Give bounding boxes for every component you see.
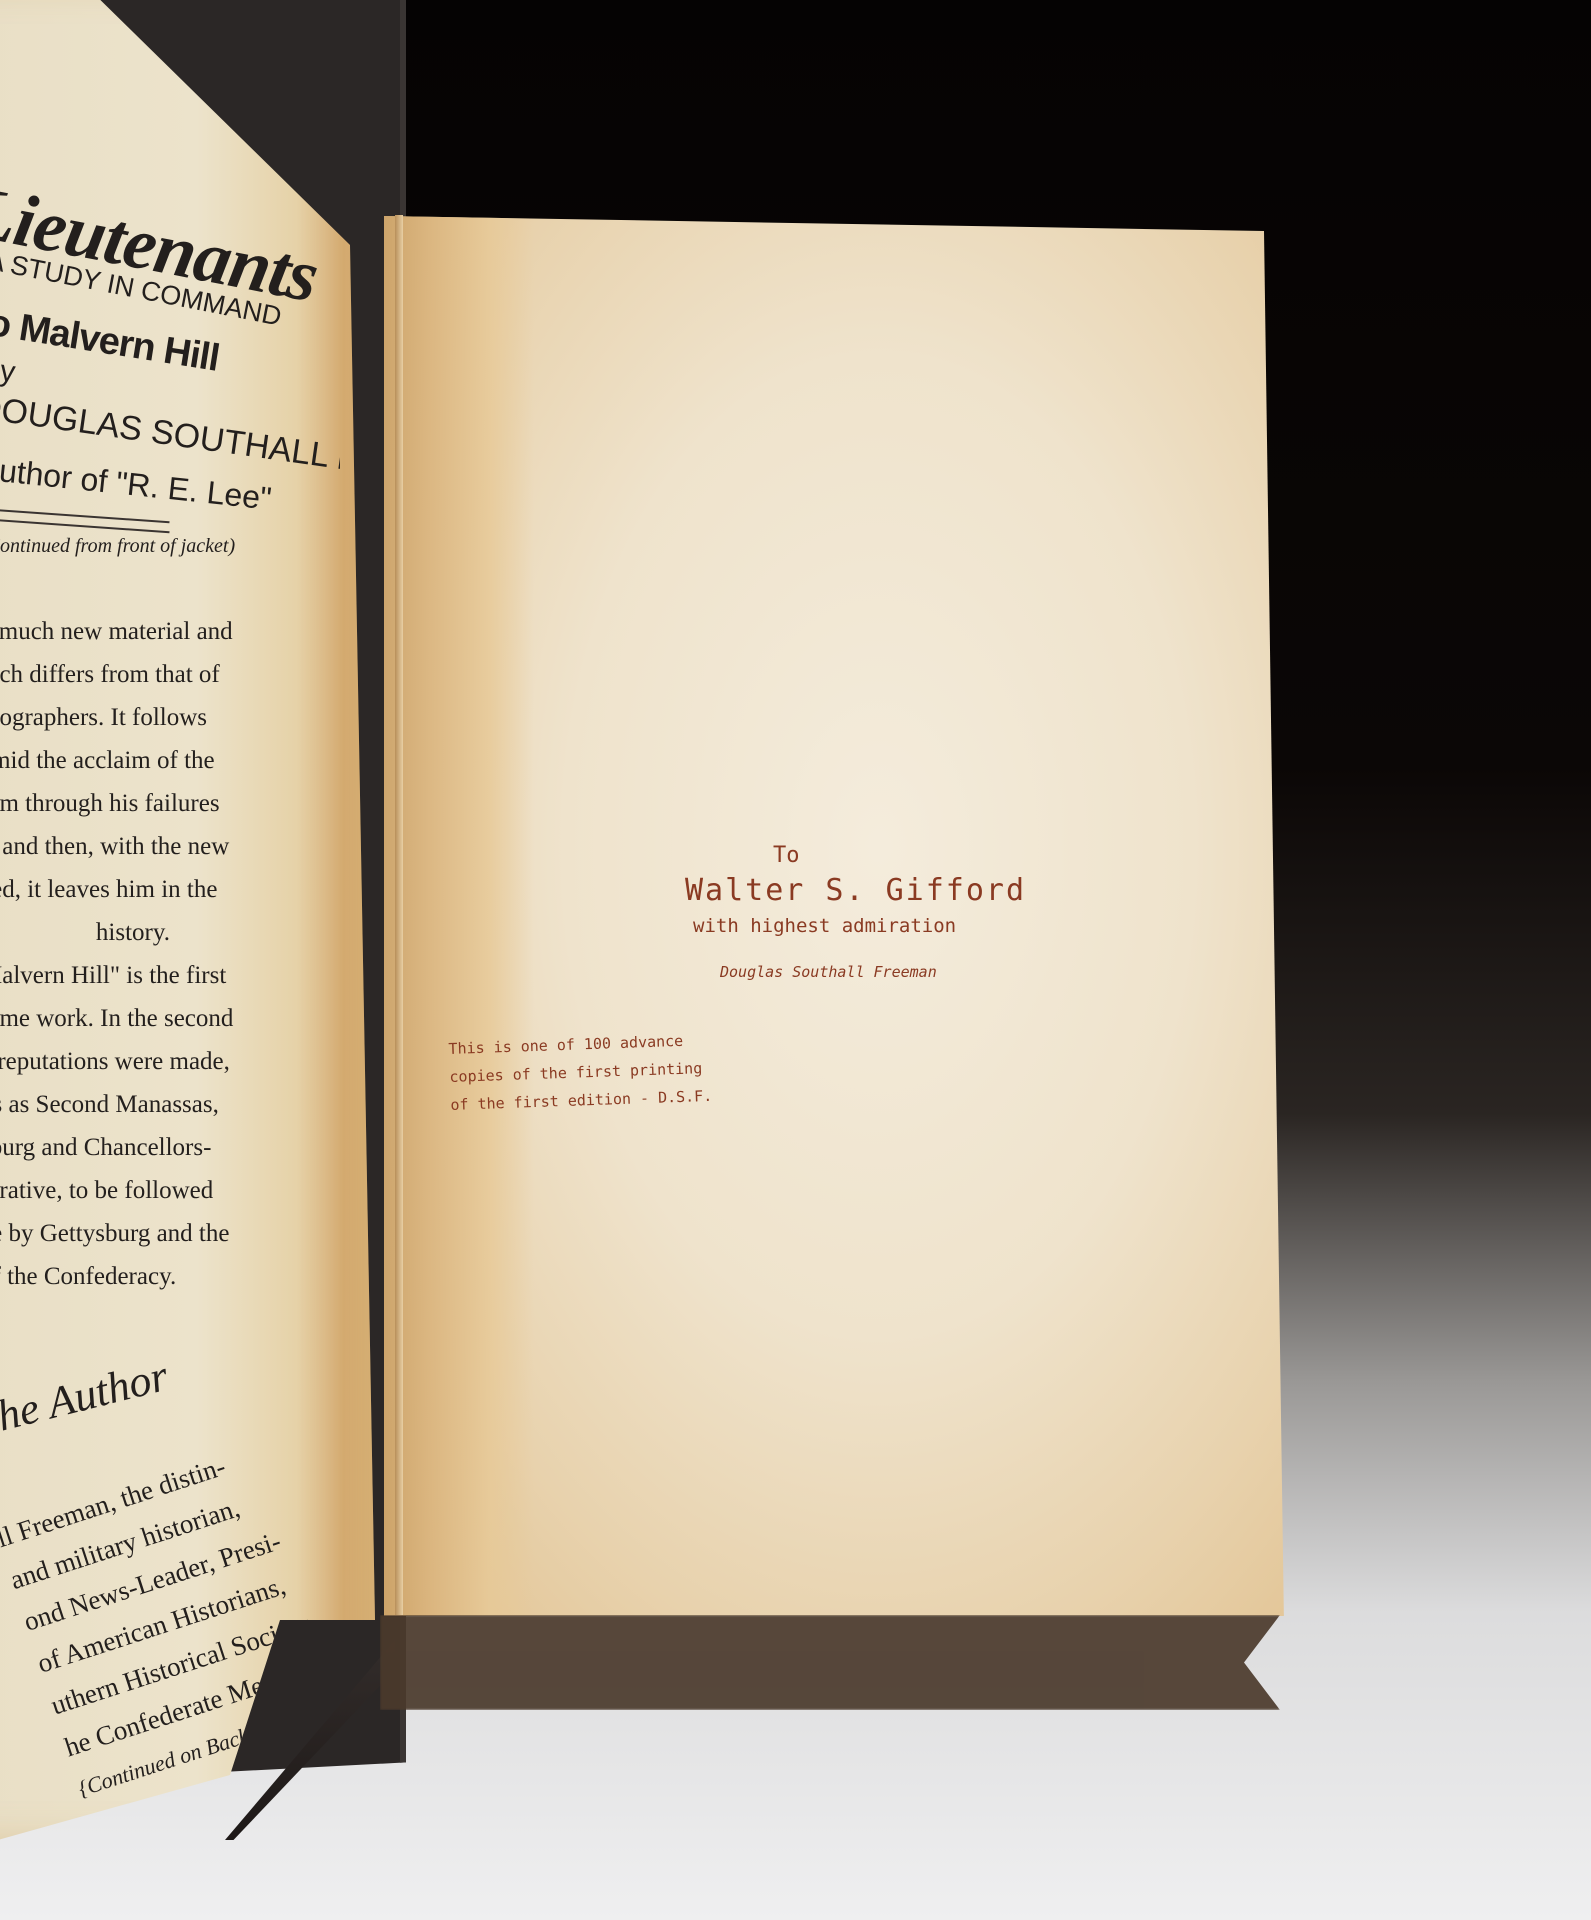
flap-jacket-note: (Continued from front of jacket) <box>0 535 235 558</box>
flap-about-heading: the Author <box>0 1350 173 1445</box>
flap-line: ds as Second Manassas, <box>0 1083 170 1126</box>
flap-line: sburg and Chancellors- <box>0 1126 170 1169</box>
flap-line: s, and then, with the new <box>0 825 170 868</box>
flap-body: n much new material and hich differs fro… <box>0 610 170 1298</box>
inscription-sentiment: with highest admiration <box>693 915 956 937</box>
flap-text: Lieutenants A STUDY IN COMMAND to Malver… <box>0 0 340 1880</box>
book-shadow <box>380 1615 1280 1710</box>
flap-line: biographers. It follows <box>0 696 170 739</box>
flap-line: lume work. In the second <box>0 997 170 1040</box>
flap-line: of the Confederacy. <box>0 1255 170 1298</box>
inscription-to: To <box>773 843 800 868</box>
flap-line: zed, it leaves him in the <box>0 868 170 911</box>
page-gutter <box>395 215 403 1615</box>
flap-by: by <box>0 352 17 390</box>
flap-line: amid the acclaim of the <box>0 739 170 782</box>
flap-line: n much new material and <box>0 610 170 653</box>
flap-line: him through his failures <box>0 782 170 825</box>
flap-line: history. <box>0 911 170 954</box>
foxing-stain <box>384 216 534 1616</box>
inscription-recipient: Walter S. Gifford <box>685 873 1026 908</box>
flap-line: arrative, to be followed <box>0 1169 170 1212</box>
photo-scene: Lieutenants A STUDY IN COMMAND to Malver… <box>0 0 1591 1920</box>
dust-jacket-flap: Lieutenants A STUDY IN COMMAND to Malver… <box>0 0 375 1845</box>
flap-line: e reputations were made, <box>0 1040 170 1083</box>
advance-copy-note: This is one of 100 advance copies of the… <box>448 1026 713 1119</box>
inscription-signature: Douglas Southall Freeman <box>720 963 937 981</box>
flap-line: hich differs from that of <box>0 653 170 696</box>
flap-line: Malvern Hill" is the first <box>0 954 170 997</box>
flap-line: ee by Gettysburg and the <box>0 1212 170 1255</box>
